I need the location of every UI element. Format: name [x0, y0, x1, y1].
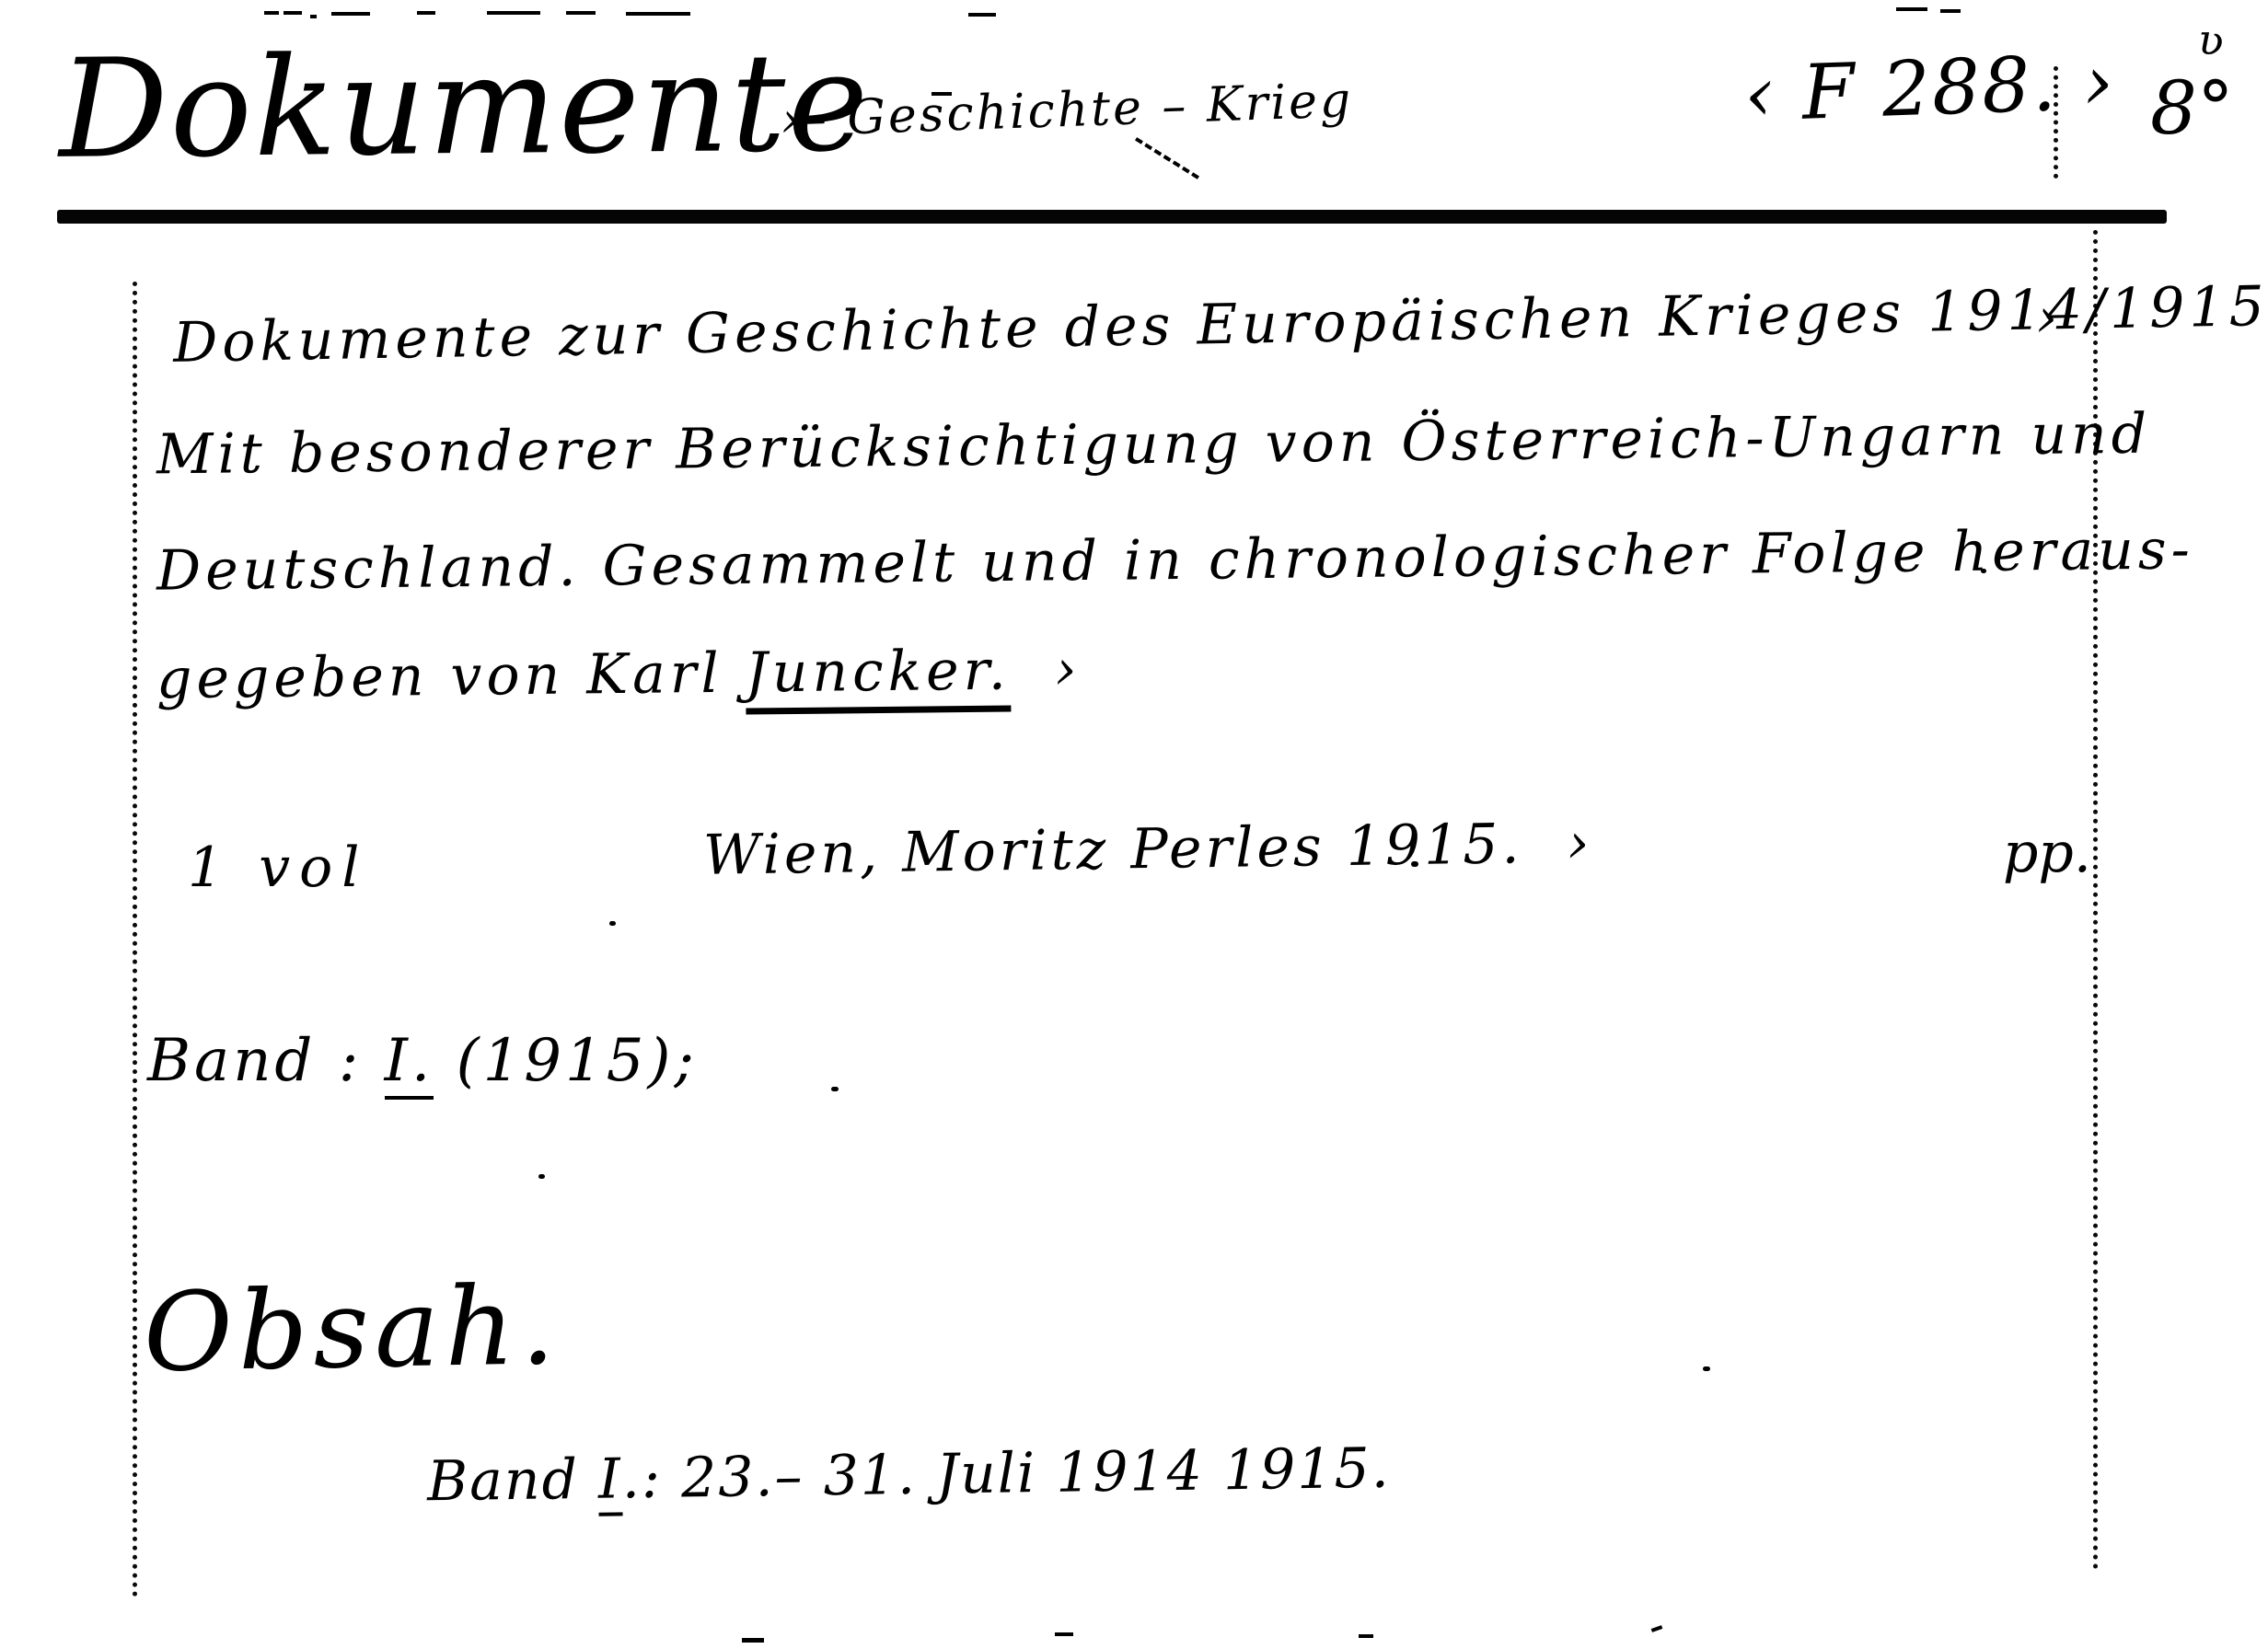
scan-artifact: [331, 12, 370, 16]
header-rule: [57, 210, 2167, 224]
publication-text: Wien, Moritz Perles 1915.: [703, 812, 1523, 887]
title-line-4-text: gegeben von Karl: [156, 641, 746, 712]
publication-statement: Wien, Moritz Perles 1915.›: [703, 813, 1593, 885]
scan-artifact: [1940, 9, 1961, 13]
holdings-years: (1915);: [434, 1027, 698, 1095]
extent-statement: 1 vol: [188, 837, 368, 898]
scan-artifact: [1703, 1366, 1710, 1371]
scan-artifact: [264, 11, 279, 15]
scan-artifact: [417, 11, 435, 15]
title-line-2: Mit besonderer Berücksichtigung von Öste…: [156, 404, 2152, 486]
contents-entry: Band I.: 23.– 31. Juli 1914 1915.: [427, 1438, 1392, 1513]
scan-artifact: [538, 1174, 545, 1179]
shelfmark-divider: [2054, 66, 2058, 179]
card-title: Dokumente: [58, 28, 870, 184]
holdings-prefix: Band :: [147, 1027, 385, 1095]
contents-entry-volume: I: [598, 1447, 623, 1516]
scan-artifact: [831, 1087, 839, 1091]
scan-artifact: [566, 11, 596, 15]
contents-entry-prefix: Band: [427, 1447, 599, 1515]
contents-heading: Obsah.: [143, 1266, 561, 1393]
pagination-note: pp.: [2003, 823, 2091, 883]
title-line-4: gegeben von Karl Juncker.›: [156, 640, 1082, 710]
title-line-3: Deutschland. Gesammelt und in chronologi…: [156, 519, 2194, 601]
format-mark: 8°: [2150, 68, 2234, 149]
insertion-mark: ›: [1567, 811, 1593, 875]
title-line-1: Dokumente zur Geschichte des Europäische…: [173, 276, 2268, 374]
scan-artifact: [609, 921, 616, 926]
scan-artifact: [1135, 137, 1199, 179]
scan-artifact: [1896, 7, 1927, 11]
scan-artifact: [626, 12, 690, 16]
left-dotted-border: [133, 282, 137, 1597]
scan-artifact: [1651, 1625, 1663, 1632]
contents-entry-text: .: 23.– 31. Juli 1914 1915.: [621, 1436, 1391, 1512]
author-name: Juncker.: [745, 639, 1011, 715]
scan-artifact: [283, 11, 302, 15]
shelfmark: ‹ F 288. ›: [1743, 41, 2117, 137]
catalog-card-scan: Dokumente ›– Geschichte – Krieg ‹ F 288.…: [0, 0, 2268, 1649]
scan-artifact: [310, 15, 317, 18]
insertion-mark: ›: [1054, 638, 1082, 702]
holdings-volume: I.: [385, 1027, 434, 1100]
scan-artifact: [487, 11, 540, 15]
insertion-mark: ›: [2036, 289, 2057, 348]
scan-artifact: [1055, 1632, 1073, 1636]
scan-artifact: [1359, 1634, 1373, 1638]
scan-artifact: [742, 1638, 764, 1643]
scan-artifact: [968, 13, 996, 17]
pencil-flourish: ʋ: [2198, 17, 2224, 63]
holdings-line: Band : I. (1915);: [147, 1029, 698, 1093]
